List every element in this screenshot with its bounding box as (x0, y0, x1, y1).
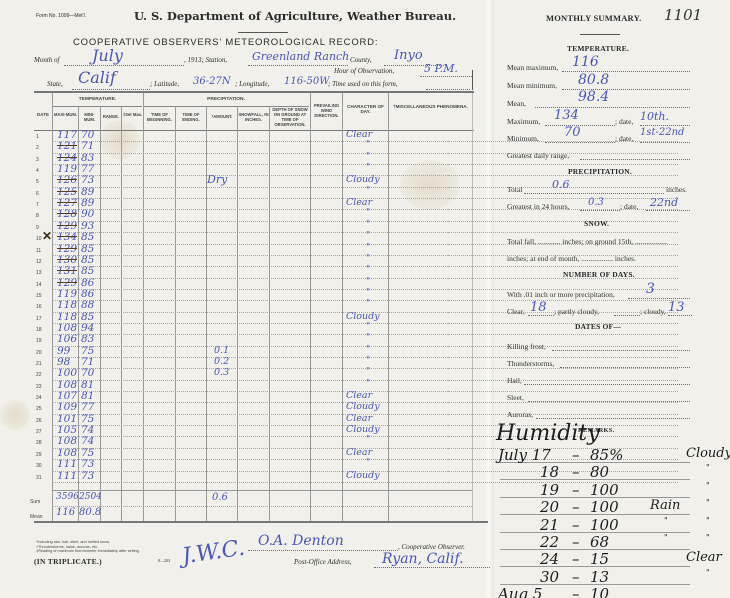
max-temp: 107 (57, 390, 77, 402)
department-title: U. S. Department of Agriculture, Weather… (134, 9, 456, 23)
minimum-date-label: ; date, (615, 134, 633, 143)
character-of-day: " (366, 356, 370, 366)
min-temp: 94 (81, 322, 94, 334)
mean-max: 116 (56, 507, 75, 518)
min-temp: 83 (81, 333, 94, 345)
state-label: State, (47, 80, 63, 88)
max-temp: 124 (57, 152, 77, 164)
character-of-day: " (366, 458, 370, 468)
state-value: Calif (78, 68, 116, 87)
mean-min-label: Mean minimum, (507, 81, 557, 90)
min-temp: 74 (81, 435, 94, 447)
day-number: 3 (36, 157, 58, 163)
mean-max-label: Mean maximum, (507, 63, 558, 72)
character-of-day: Cloudy (346, 174, 380, 185)
character-of-day: Cloudy (346, 424, 380, 435)
day-number: 16 (36, 304, 58, 310)
year-station-label: , 1913; Station, (184, 56, 227, 64)
character-of-day: " (366, 299, 370, 309)
observer-signature: O.A. Denton (258, 533, 344, 549)
min-temp: 73 (81, 458, 94, 470)
summary-title: MONTHLY SUMMARY. (546, 13, 641, 23)
footnote-3: ‡Reading of maximum thermometer immediat… (36, 549, 140, 554)
minimum-value: 70 (564, 125, 581, 140)
hail-label: Hail, (507, 376, 522, 385)
max-temp: 126 (57, 174, 77, 186)
min-temp: 81 (81, 379, 94, 391)
sum-label: Sum (30, 499, 52, 505)
remark-humidity: 13 (590, 568, 609, 586)
latitude-label: ; Latitude, (150, 80, 179, 88)
character-of-day: Clear (346, 447, 372, 458)
maximum-label: Maximum, (507, 117, 540, 126)
character-of-day: " (366, 277, 370, 287)
sleet-label: Sleet, (507, 393, 524, 402)
remark-date: 21 (540, 516, 559, 534)
max-temp: 118 (57, 311, 77, 323)
paper-fold (484, 0, 494, 598)
thunderstorms-label: Thunderstorms, (507, 359, 554, 368)
max-temp: 130 (57, 254, 77, 266)
triplicate-label: (IN TRIPLICATE.) (34, 557, 102, 566)
day-number: 13 (36, 270, 58, 276)
remark-dash: – (572, 463, 580, 481)
mean-min-value: 80.8 (578, 72, 609, 88)
total-value: 0.6 (552, 178, 570, 191)
col-snow-depth: DEPTH OF SNOW ON GROUND AT TIME OF OBSER… (270, 107, 310, 127)
hour-label: Hour of Observation, (334, 67, 394, 75)
day-number: 25 (36, 406, 58, 412)
day-number: 26 (36, 418, 58, 424)
remark-sky: " (706, 568, 710, 577)
day-number: 20 (36, 350, 58, 356)
county-value: Inyo (394, 48, 423, 63)
col-temperature: TEMPERATURE. (52, 97, 143, 102)
total-inches-label: inches. (666, 185, 687, 194)
max-temp: 129 (57, 277, 77, 289)
max-temp: 108 (57, 447, 77, 459)
min-temp: 75 (81, 413, 94, 425)
day-number: 4 (36, 168, 58, 174)
month-label: Month of (34, 56, 59, 64)
weather-record-form: Form No. 1009—Met'l. U. S. Department of… (0, 0, 730, 598)
remark-dash: – (572, 516, 580, 534)
col-date: DATE (34, 112, 52, 117)
precip-amount: 0.3 (214, 367, 229, 378)
remark-date: 18 (540, 463, 559, 481)
character-of-day: " (366, 163, 370, 173)
latitude-value: 36-27N (193, 76, 231, 87)
day-number: 31 (36, 475, 58, 481)
remark-sky: Cloudy (686, 446, 730, 461)
postoffice-label: Post-Office Address, (294, 558, 352, 566)
remark-dash: – (572, 481, 580, 499)
max-temp: 127 (57, 197, 77, 209)
dates-heading: DATES OF— (575, 322, 621, 331)
min-temp: 88 (81, 299, 94, 311)
min-temp: 85 (81, 311, 94, 323)
character-of-day: " (366, 265, 370, 275)
correction-x-mark: ✕ (42, 229, 52, 244)
day-number: 21 (36, 361, 58, 367)
remark-humidity: 10 (590, 585, 609, 598)
precip-days-value: 3 (646, 281, 655, 297)
maximum-value: 134 (554, 108, 579, 123)
col-time-beginning: TIME OF BEGINNING. (144, 112, 175, 122)
remark-date: 30 (540, 568, 559, 586)
max-temp: 99 (57, 345, 70, 357)
max-temp: 101 (57, 413, 77, 425)
character-of-day: " (366, 243, 370, 253)
greatest-24h-date-label: ; date, (620, 202, 638, 211)
max-temp: 129 (57, 243, 77, 255)
greatest-24h-value: 0.3 (588, 197, 604, 208)
observer-label: , Cooperative Observer. (398, 543, 465, 551)
footnotes: *Including rain, hail, sleet, and melted… (36, 540, 140, 554)
day-number: 2 (36, 145, 58, 151)
day-number: 17 (36, 316, 58, 322)
character-of-day: Clear (346, 390, 372, 401)
longitude-value: 116-50W (284, 76, 329, 87)
precip-amount: 0.1 (214, 345, 229, 356)
clear-value: 18 (530, 300, 547, 315)
character-of-day: Cloudy (346, 401, 380, 412)
minimum-date-value: 1st-22nd (640, 127, 684, 138)
day-number: 24 (36, 395, 58, 401)
max-temp: 117 (57, 129, 77, 141)
sum-min: 2504 (79, 492, 102, 502)
max-temp: 100 (57, 367, 77, 379)
character-of-day: " (366, 140, 370, 150)
greatest-24h-label: Greatest in 24 hours, (507, 202, 570, 211)
min-temp: 89 (81, 186, 94, 198)
total-label: Total (507, 185, 522, 194)
character-of-day: Cloudy (346, 470, 380, 481)
max-temp: 119 (57, 288, 77, 300)
character-of-day: " (366, 152, 370, 162)
day-number: 1 (36, 134, 58, 140)
remark-date: 20 (540, 498, 559, 516)
remark-dash: – (572, 498, 580, 516)
auroras-label: Auroras, (507, 410, 533, 419)
remark-humidity: 85% (590, 446, 623, 464)
snow-line-2: inches; at end of month, ...............… (507, 254, 636, 263)
max-temp: 108 (57, 322, 77, 334)
min-temp: 70 (81, 367, 94, 379)
remark-weather: Rain (650, 498, 680, 513)
remark-weather: " (664, 533, 668, 542)
min-temp: 85 (81, 254, 94, 266)
killing-frost-label: Killing frost, (507, 342, 546, 351)
time-used-label: ; Time used on this form, (328, 80, 398, 88)
longitude-label: ; Longitude, (235, 80, 269, 88)
day-number: 7 (36, 202, 58, 208)
character-of-day: " (366, 379, 370, 389)
title-rule (238, 32, 288, 33)
day-number: 14 (36, 282, 58, 288)
remark-humidity: 100 (590, 516, 619, 534)
character-of-day: " (366, 322, 370, 332)
day-number: 11 (36, 248, 58, 254)
max-temp: 118 (57, 299, 77, 311)
col-misc-phenomena: †MISCELLANEOUS PHENOMENA. (389, 104, 472, 109)
precipitation-heading: PRECIPITATION. (568, 167, 632, 176)
minimum-label: Minimum, (507, 134, 539, 143)
max-temp: 98 (57, 356, 70, 368)
character-of-day: " (366, 367, 370, 377)
snow-line-1: Total fall, ............ inches; on grou… (507, 237, 667, 246)
max-temp: 121 (57, 140, 77, 152)
min-temp: 85 (81, 265, 94, 277)
maximum-date-label: ; date, (615, 117, 633, 126)
remark-date: 19 (540, 481, 559, 499)
col-amount: *AMOUNT. (207, 114, 237, 119)
precip-note: Dry (207, 173, 227, 186)
character-of-day: Clear (346, 413, 372, 424)
min-temp: 73 (81, 470, 94, 482)
partly-cloudy-label: ; partly cloudy, (554, 307, 599, 316)
min-temp: 83 (81, 152, 94, 164)
remark-dash: – (572, 568, 580, 586)
remark-sky: " (706, 463, 710, 472)
table-bottom-rule (34, 521, 488, 523)
min-temp: 93 (81, 220, 94, 232)
day-number: 22 (36, 372, 58, 378)
min-temp: 90 (81, 208, 94, 220)
day-number: 19 (36, 338, 58, 344)
max-temp: 119 (57, 163, 77, 175)
max-temp: 129 (57, 220, 77, 232)
min-temp: 85 (81, 243, 94, 255)
max-temp: 106 (57, 333, 77, 345)
remark-humidity: 68 (590, 533, 609, 551)
max-temp: 131 (57, 265, 77, 277)
remark-dash: – (572, 550, 580, 568)
day-number: 15 (36, 293, 58, 299)
mean-min: 80.8 (79, 507, 101, 518)
remark-sky: Clear (686, 550, 722, 565)
min-temp: 74 (81, 424, 94, 436)
day-number: 18 (36, 327, 58, 333)
hour-value: 5 P.M. (424, 62, 458, 75)
mean-value: 98.4 (578, 89, 609, 105)
character-of-day: Clear (346, 129, 372, 140)
form-number: Form No. 1009—Met'l. (36, 13, 86, 19)
precip-amount: 0.2 (214, 356, 229, 367)
max-temp: 134 (57, 231, 77, 243)
character-of-day: " (366, 186, 370, 196)
max-temp: 108 (57, 435, 77, 447)
remarks-title: Humidity (496, 421, 600, 446)
character-of-day: Cloudy (346, 311, 380, 322)
min-temp: 85 (81, 231, 94, 243)
day-number: 23 (36, 384, 58, 390)
station-value: Greenland Ranch (252, 50, 349, 63)
min-temp: 75 (81, 345, 94, 357)
character-of-day: Clear (346, 197, 372, 208)
initials-signature: J.W.C. (181, 536, 247, 570)
max-temp: 125 (57, 186, 77, 198)
character-of-day: " (366, 345, 370, 355)
min-temp: 77 (81, 401, 94, 413)
col-precipitation: PRECIPITATION. (143, 97, 309, 102)
remark-humidity: 100 (590, 498, 619, 516)
min-temp: 77 (81, 163, 94, 175)
days-heading: NUMBER OF DAYS. (563, 270, 635, 279)
precip-days-label: With .01 inch or more precipitation, (507, 290, 615, 299)
snow-heading: SNOW. (584, 219, 609, 228)
clear-label: Clear, (507, 307, 525, 316)
form-code: 8—203 (158, 558, 170, 563)
mean-label: Mean, (507, 99, 526, 108)
character-of-day: " (366, 254, 370, 264)
remark-date: 24 (540, 550, 559, 568)
min-temp: 71 (81, 356, 94, 368)
temperature-heading: TEMPERATURE. (567, 44, 629, 53)
max-temp: 111 (57, 458, 77, 470)
min-temp: 81 (81, 390, 94, 402)
greatest-24h-date-value: 22nd (650, 196, 678, 209)
col-minimum: MINI-MUM. (79, 112, 100, 122)
remark-dash: – (572, 446, 580, 464)
day-number: 8 (36, 213, 58, 219)
remark-humidity: 100 (590, 481, 619, 499)
mean-label: Mean (30, 514, 52, 520)
max-temp: 109 (57, 401, 77, 413)
min-temp: 75 (81, 447, 94, 459)
max-temp: 108 (57, 379, 77, 391)
day-number: 6 (36, 191, 58, 197)
min-temp: 73 (81, 174, 94, 186)
day-number: 12 (36, 259, 58, 265)
cloudy-label: ; cloudy, (640, 307, 666, 316)
sum-amount: 0.6 (212, 492, 228, 503)
max-temp: 128 (57, 208, 77, 220)
daily-range-label: Greatest daily range, (507, 151, 569, 160)
remark-sky: " (706, 481, 710, 490)
remark-humidity: 15 (590, 550, 609, 568)
remark-date: July 17 (498, 446, 551, 464)
county-label: County, (350, 56, 372, 64)
mean-max-value: 116 (572, 54, 599, 70)
remark-date: 22 (540, 533, 559, 551)
day-number: 29 (36, 452, 58, 458)
max-temp: 105 (57, 424, 77, 436)
paper-stain (400, 160, 460, 210)
character-of-day: " (366, 435, 370, 445)
paper-stain (100, 120, 140, 160)
col-character-of-day: CHARACTER OF DAY. (343, 104, 388, 114)
remark-dash: – (572, 585, 580, 598)
col-snowfall: SNOWFALL, IN INCHES. (238, 112, 269, 122)
remark-sky: " (706, 498, 710, 507)
day-number: 30 (36, 463, 58, 469)
character-of-day: " (366, 208, 370, 218)
postoffice-value: Ryan, Calif. (382, 551, 464, 567)
col-time-ending: TIME OF ENDING. (176, 112, 206, 122)
remark-dash: – (572, 533, 580, 551)
paper-stain (0, 400, 30, 430)
day-number: 28 (36, 440, 58, 446)
col-range: RANGE. (101, 114, 121, 119)
min-temp: 89 (81, 197, 94, 209)
day-number: 27 (36, 429, 58, 435)
day-number: 5 (36, 179, 58, 185)
col-set-max: ‡Set Max. (122, 112, 143, 117)
min-temp: 71 (81, 140, 94, 152)
table-top-rule (34, 91, 474, 93)
character-of-day: " (366, 288, 370, 298)
character-of-day: " (366, 333, 370, 343)
sum-max: 3596 (56, 492, 79, 502)
file-number: 1101 (664, 6, 702, 24)
min-temp: 70 (81, 129, 94, 141)
remark-sky: " (706, 516, 710, 525)
remark-humidity: 80 (590, 463, 609, 481)
maximum-date-value: 10th. (640, 110, 669, 123)
remark-weather: " (664, 516, 668, 525)
remark-sky: " (706, 533, 710, 542)
remark-date: Aug 5 (498, 585, 542, 598)
col-maximum: MAXI-MUM. (53, 112, 78, 117)
month-value: July (92, 46, 123, 65)
character-of-day: " (366, 220, 370, 230)
min-temp: 86 (81, 277, 94, 289)
character-of-day: " (366, 231, 370, 241)
max-temp: 111 (57, 470, 77, 482)
min-temp: 86 (81, 288, 94, 300)
cloudy-value: 13 (668, 300, 685, 315)
col-wind-direction: PREVAILING WIND DIRECTION. (311, 103, 342, 118)
